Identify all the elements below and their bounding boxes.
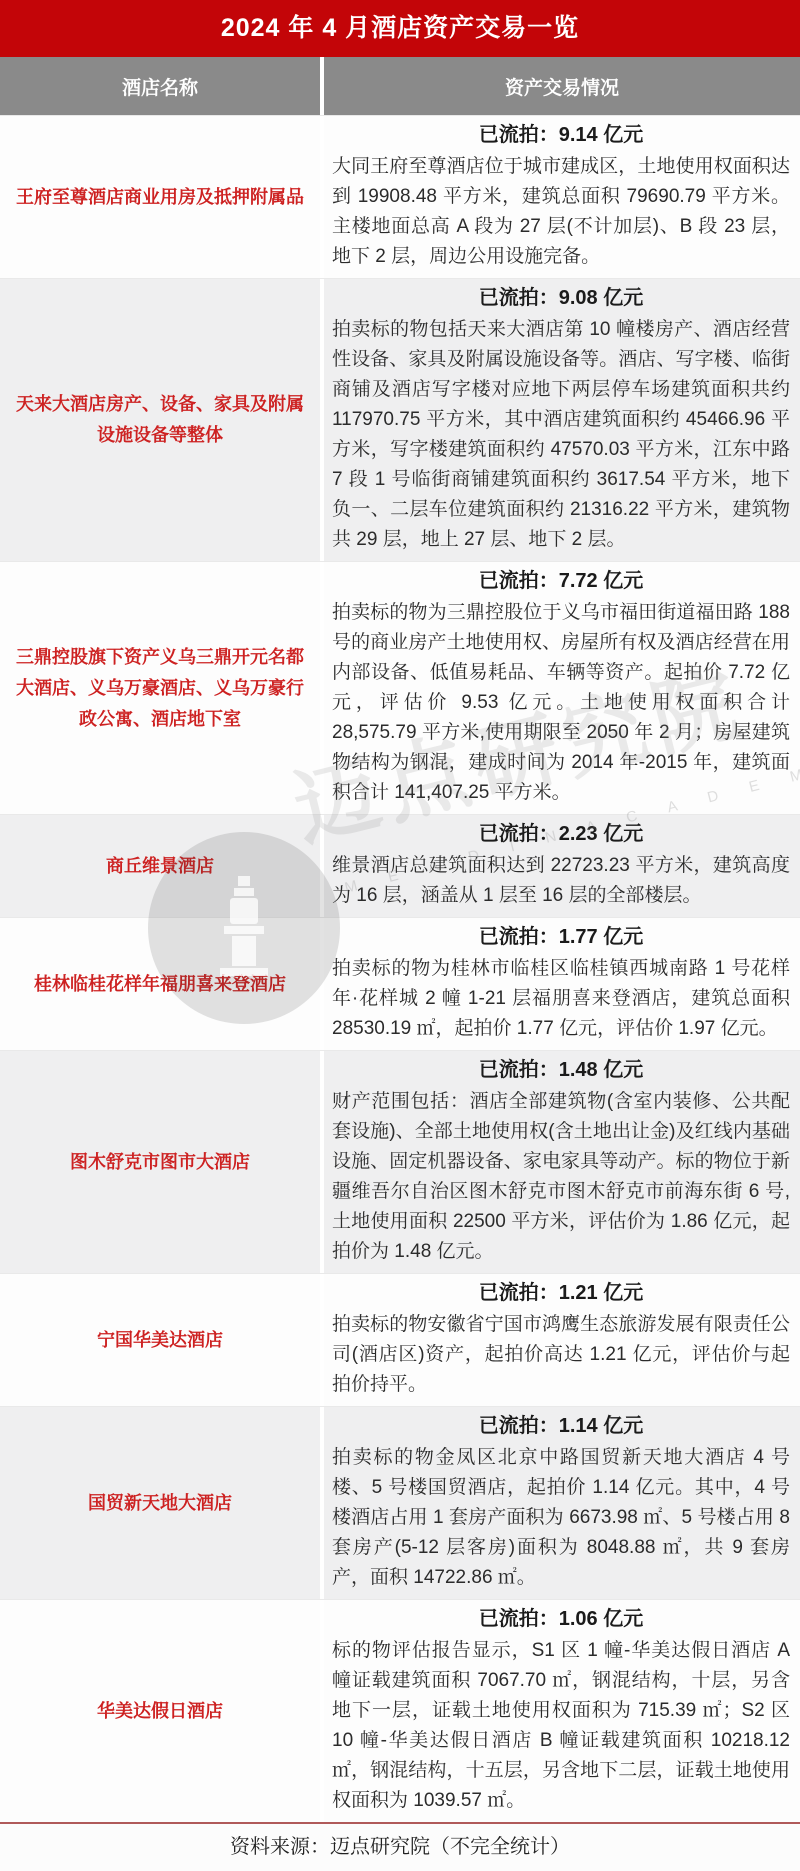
hotel-name-cell: 商丘维景酒店 bbox=[0, 815, 320, 917]
auction-result-price: 已流拍：1.77 亿元 bbox=[332, 921, 790, 954]
deal-description: 大同王府至尊酒店位于城市建成区，土地使用权面积达到 19908.48 平方米，建… bbox=[332, 152, 790, 272]
hotel-name-cell: 国贸新天地大酒店 bbox=[0, 1407, 320, 1599]
table-row: 图木舒克市图市大酒店 已流拍：1.48 亿元 财产范围包括：酒店全部建筑物(含室… bbox=[0, 1050, 800, 1273]
auction-result-price: 已流拍：1.06 亿元 bbox=[332, 1603, 790, 1636]
auction-result-price: 已流拍：1.14 亿元 bbox=[332, 1410, 790, 1443]
hotel-name-cell: 图木舒克市图市大酒店 bbox=[0, 1051, 320, 1273]
column-header-deal-info: 资产交易情况 bbox=[324, 57, 800, 115]
deal-description: 标的物评估报告显示，S1 区 1 幢-华美达假日酒店 A 幢证载建筑面积 706… bbox=[332, 1636, 790, 1816]
deal-description: 拍卖标的物为三鼎控股位于义乌市福田街道福田路 188 号的商业房产土地使用权、房… bbox=[332, 598, 790, 808]
table-row: 三鼎控股旗下资产义乌三鼎开元名都大酒店、义乌万豪酒店、义乌万豪行政公寓、酒店地下… bbox=[0, 561, 800, 814]
hotel-name-cell: 天来大酒店房产、设备、家具及附属设施设备等整体 bbox=[0, 279, 320, 561]
table-row: 国贸新天地大酒店 已流拍：1.14 亿元 拍卖标的物金凤区北京中路国贸新天地大酒… bbox=[0, 1406, 800, 1599]
deal-info-cell: 已流拍：1.06 亿元 标的物评估报告显示，S1 区 1 幢-华美达假日酒店 A… bbox=[324, 1600, 800, 1822]
table-row: 商丘维景酒店 已流拍：2.23 亿元 维景酒店总建筑面积达到 22723.23 … bbox=[0, 814, 800, 917]
table-row: 华美达假日酒店 已流拍：1.06 亿元 标的物评估报告显示，S1 区 1 幢-华… bbox=[0, 1599, 800, 1822]
auction-result-price: 已流拍：1.48 亿元 bbox=[332, 1054, 790, 1087]
auction-result-price: 已流拍：9.08 亿元 bbox=[332, 282, 790, 315]
auction-result-price: 已流拍：2.23 亿元 bbox=[332, 818, 790, 851]
table-row: 王府至尊酒店商业用房及抵押附属品 已流拍：9.14 亿元 大同王府至尊酒店位于城… bbox=[0, 115, 800, 278]
table-body: 王府至尊酒店商业用房及抵押附属品 已流拍：9.14 亿元 大同王府至尊酒店位于城… bbox=[0, 115, 800, 1822]
deal-info-cell: 已流拍：9.08 亿元 拍卖标的物包括天来大酒店第 10 幢楼房产、酒店经营性设… bbox=[324, 279, 800, 561]
deal-description: 拍卖标的物包括天来大酒店第 10 幢楼房产、酒店经营性设备、家具及附属设施设备等… bbox=[332, 315, 790, 555]
column-header-hotel-name: 酒店名称 bbox=[0, 57, 320, 115]
deal-description: 财产范围包括：酒店全部建筑物(含室内装修、公共配套设施)、全部土地使用权(含土地… bbox=[332, 1087, 790, 1267]
infographic-page: 2024 年 4 月酒店资产交易一览 酒店名称 资产交易情况 王府至尊酒店商业用… bbox=[0, 0, 800, 1871]
deal-info-cell: 已流拍：1.48 亿元 财产范围包括：酒店全部建筑物(含室内装修、公共配套设施)… bbox=[324, 1051, 800, 1273]
deal-info-cell: 已流拍：1.77 亿元 拍卖标的物为桂林市临桂区临桂镇西城南路 1 号花样年·花… bbox=[324, 918, 800, 1050]
deal-info-cell: 已流拍：9.14 亿元 大同王府至尊酒店位于城市建成区，土地使用权面积达到 19… bbox=[324, 116, 800, 278]
deal-info-cell: 已流拍：1.14 亿元 拍卖标的物金凤区北京中路国贸新天地大酒店 4 号楼、5 … bbox=[324, 1407, 800, 1599]
table-row: 宁国华美达酒店 已流拍：1.21 亿元 拍卖标的物安徽省宁国市鸿鹰生态旅游发展有… bbox=[0, 1273, 800, 1406]
table-row: 天来大酒店房产、设备、家具及附属设施设备等整体 已流拍：9.08 亿元 拍卖标的… bbox=[0, 278, 800, 561]
data-source-note: 资料来源：迈点研究院（不完全统计） bbox=[0, 1824, 800, 1871]
table-row: 桂林临桂花样年福朋喜来登酒店 已流拍：1.77 亿元 拍卖标的物为桂林市临桂区临… bbox=[0, 917, 800, 1050]
deal-description: 拍卖标的物安徽省宁国市鸿鹰生态旅游发展有限责任公司(酒店区)资产，起拍价高达 1… bbox=[332, 1310, 790, 1400]
hotel-name-cell: 桂林临桂花样年福朋喜来登酒店 bbox=[0, 918, 320, 1050]
footer: 资料来源：迈点研究院（不完全统计） bbox=[0, 1822, 800, 1871]
deal-info-cell: 已流拍：2.23 亿元 维景酒店总建筑面积达到 22723.23 平方米，建筑高… bbox=[324, 815, 800, 917]
hotel-name-cell: 三鼎控股旗下资产义乌三鼎开元名都大酒店、义乌万豪酒店、义乌万豪行政公寓、酒店地下… bbox=[0, 562, 320, 814]
hotel-name-cell: 宁国华美达酒店 bbox=[0, 1274, 320, 1406]
hotel-name-cell: 王府至尊酒店商业用房及抵押附属品 bbox=[0, 116, 320, 278]
deal-description: 维景酒店总建筑面积达到 22723.23 平方米，建筑高度为 16 层，涵盖从 … bbox=[332, 851, 790, 911]
page-title: 2024 年 4 月酒店资产交易一览 bbox=[0, 0, 800, 57]
deal-description: 拍卖标的物为桂林市临桂区临桂镇西城南路 1 号花样年·花样城 2 幢 1-21 … bbox=[332, 954, 790, 1044]
deal-description: 拍卖标的物金凤区北京中路国贸新天地大酒店 4 号楼、5 号楼国贸酒店，起拍价 1… bbox=[332, 1443, 790, 1593]
deal-info-cell: 已流拍：7.72 亿元 拍卖标的物为三鼎控股位于义乌市福田街道福田路 188 号… bbox=[324, 562, 800, 814]
auction-result-price: 已流拍：7.72 亿元 bbox=[332, 565, 790, 598]
auction-result-price: 已流拍：9.14 亿元 bbox=[332, 119, 790, 152]
deal-info-cell: 已流拍：1.21 亿元 拍卖标的物安徽省宁国市鸿鹰生态旅游发展有限责任公司(酒店… bbox=[324, 1274, 800, 1406]
table-column-header: 酒店名称 资产交易情况 bbox=[0, 57, 800, 115]
hotel-name-cell: 华美达假日酒店 bbox=[0, 1600, 320, 1822]
auction-result-price: 已流拍：1.21 亿元 bbox=[332, 1277, 790, 1310]
